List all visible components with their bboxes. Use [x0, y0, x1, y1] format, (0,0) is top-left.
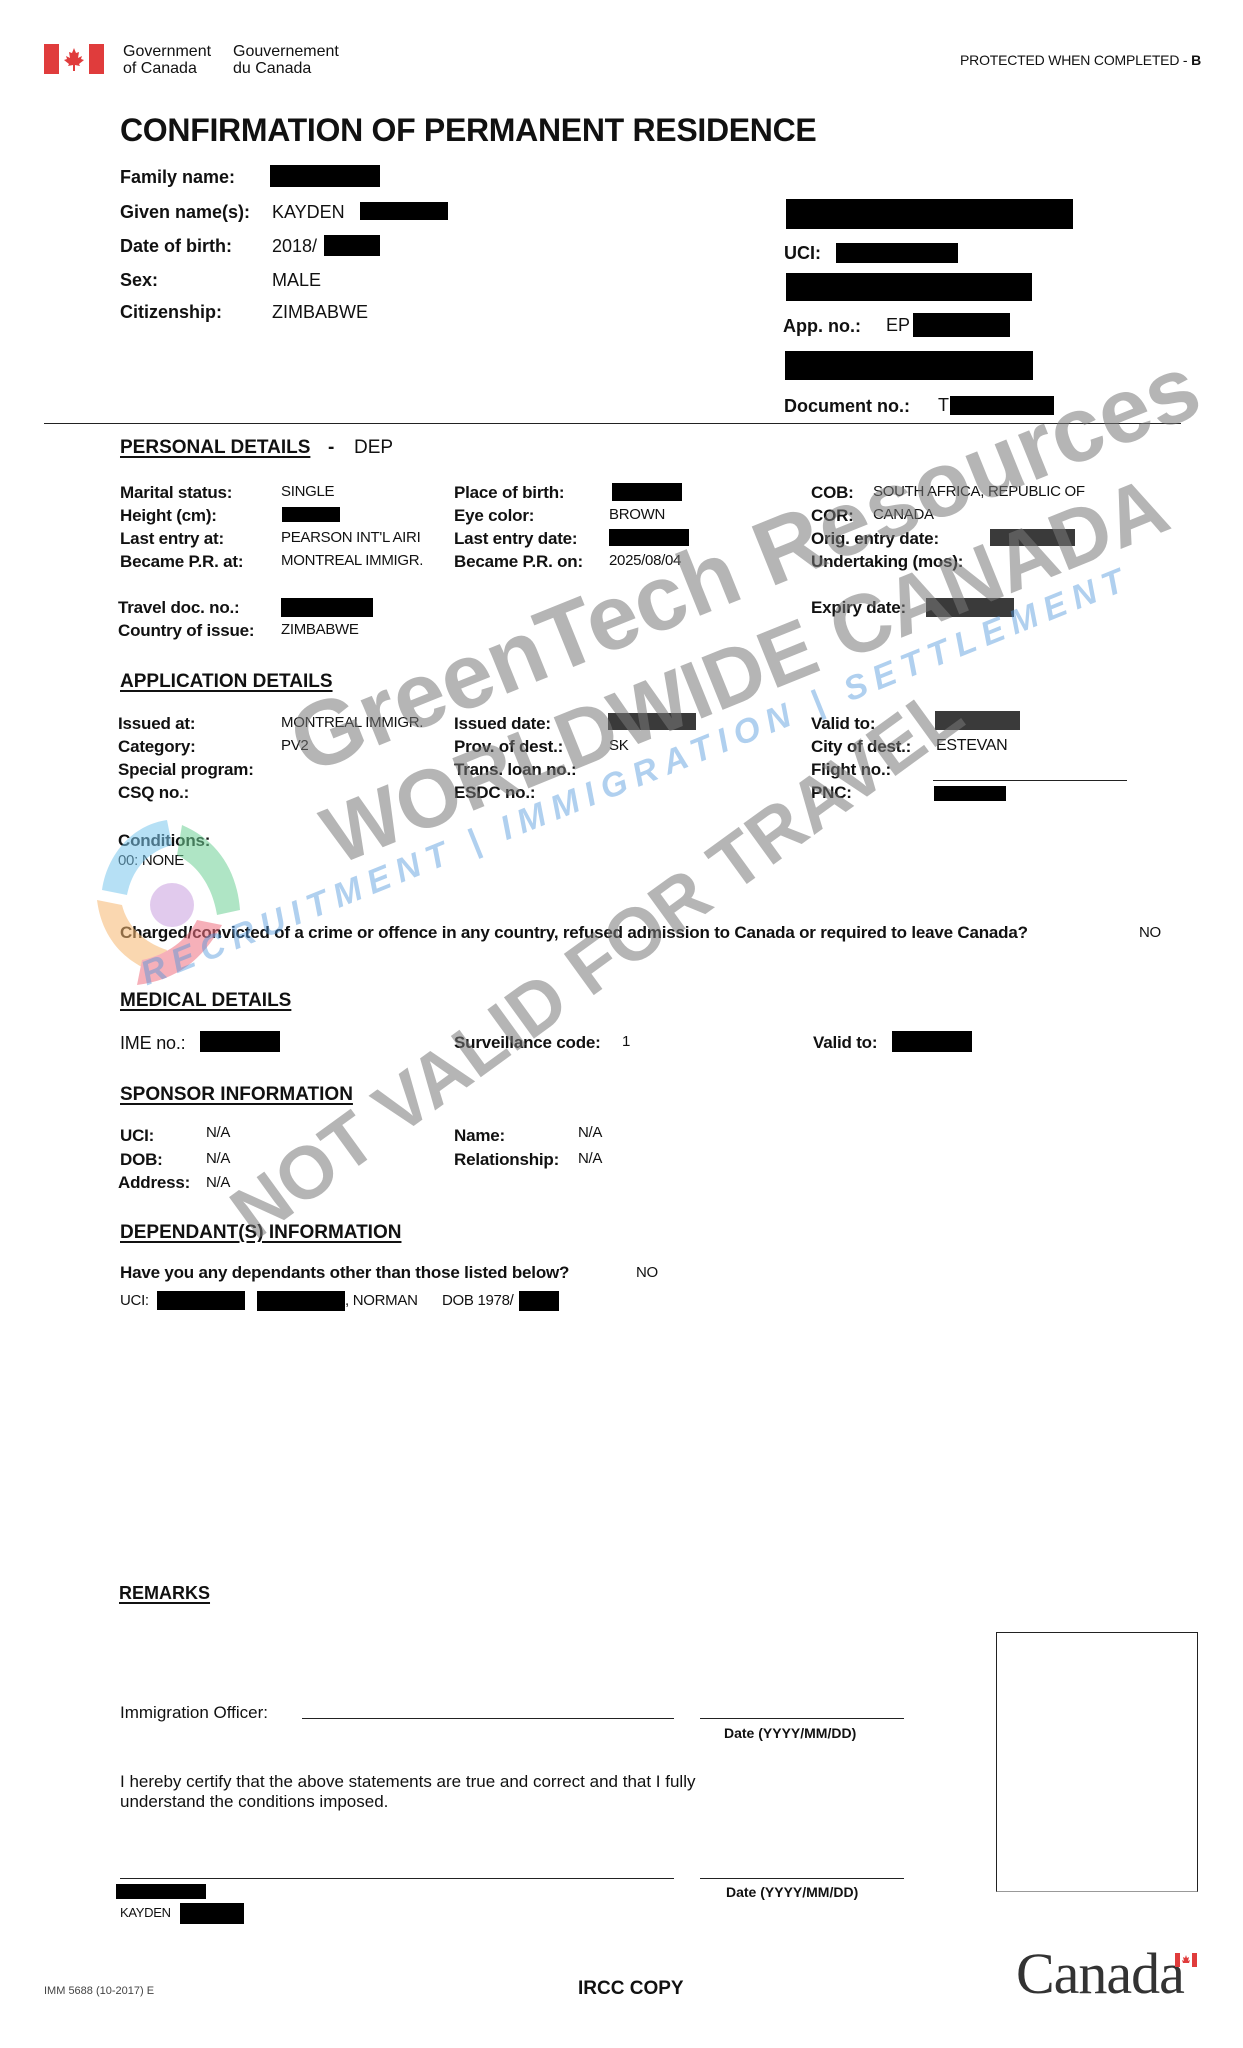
protected-notice: PROTECTED WHEN COMPLETED - B [960, 52, 1201, 68]
certify-statement: I hereby certify that the above statemen… [120, 1772, 695, 1812]
cor-value: CANADA [873, 506, 934, 523]
last-entry-at-label: Last entry at: [120, 529, 224, 549]
header-divider [44, 423, 1181, 424]
gov-en-line1: Government [123, 43, 211, 60]
canada-wordmark: Canada [1016, 1940, 1184, 2007]
signer-name-redaction [180, 1903, 244, 1924]
sponsor-name-value: N/A [578, 1124, 602, 1141]
officer-signature-line [302, 1718, 674, 1719]
travel-doc-redaction [281, 598, 373, 617]
citizenship-value: ZIMBABWE [272, 302, 368, 323]
issued-date-redaction [608, 713, 696, 730]
gov-en-line2: of Canada [123, 60, 211, 77]
country-of-issue-label: Country of issue: [118, 621, 254, 641]
csq-label: CSQ no.: [118, 783, 189, 803]
issued-date-label: Issued date: [454, 714, 551, 734]
expiry-date-redaction [926, 598, 1014, 617]
dependant-name: , NORMAN [345, 1292, 418, 1309]
issued-at-label: Issued at: [118, 714, 195, 734]
canada-flag-icon [44, 44, 104, 74]
header-redaction-2 [786, 273, 1032, 301]
form-code: IMM 5688 (10-2017) E [44, 1985, 154, 1997]
canada-wordmark-flag-icon [1175, 1953, 1197, 1967]
given-names-value: KAYDEN [272, 202, 345, 223]
eye-color-label: Eye color: [454, 506, 534, 526]
sponsor-address-label: Address: [118, 1173, 190, 1193]
pnc-redaction [934, 786, 1006, 801]
became-pr-on-value: 2025/08/04 [609, 552, 681, 569]
dob-redaction [324, 235, 380, 256]
family-name-label: Family name: [120, 167, 235, 188]
city-dest-label: City of dest.: [811, 737, 911, 757]
given-names-label: Given name(s): [120, 202, 250, 223]
cor-label: COR: [811, 506, 854, 526]
dependants-question: Have you any dependants other than those… [120, 1263, 569, 1283]
app-valid-to-redaction [935, 711, 1020, 730]
personal-details-heading: PERSONAL DETAILS [120, 437, 310, 459]
gov-fr-line1: Gouvernement [233, 43, 339, 60]
medical-details-heading: MEDICAL DETAILS [120, 990, 291, 1012]
marital-status-label: Marital status: [120, 483, 232, 503]
dependant-uci-label: UCI: [120, 1292, 149, 1309]
signature-redaction [116, 1884, 206, 1899]
certify-line-1: I hereby certify that the above statemen… [120, 1772, 695, 1792]
dependants-heading: DEPENDANT(S) INFORMATION [120, 1222, 401, 1244]
document-no-value: T [938, 395, 949, 416]
flight-label: Flight no.: [811, 760, 891, 780]
charged-question: Charged/convicted of a crime or offence … [120, 923, 1028, 943]
travel-doc-label: Travel doc. no.: [118, 598, 240, 618]
medical-valid-to-label: Valid to: [813, 1033, 877, 1053]
sex-value: MALE [272, 270, 321, 291]
dependant-dob: DOB 1978/ [442, 1292, 514, 1309]
city-dest-value: ESTEVAN [936, 737, 1007, 755]
category-label: Category: [118, 737, 196, 757]
officer-date-label: Date (YYYY/MM/DD) [724, 1725, 856, 1741]
certify-line-2: understand the conditions imposed. [120, 1792, 695, 1812]
dependant-surname-redaction [257, 1291, 345, 1311]
became-pr-on-label: Became P.R. on: [454, 552, 583, 572]
recruitment-logo-watermark [72, 800, 272, 1000]
applicant-signature-line [120, 1878, 674, 1879]
conditions-label: Conditions: [118, 831, 210, 851]
sponsor-address-value: N/A [206, 1174, 230, 1191]
applicant-date-label: Date (YYYY/MM/DD) [726, 1884, 858, 1900]
esdc-label: ESDC no.: [454, 783, 535, 803]
ime-label: IME no.: [120, 1033, 185, 1054]
gov-fr-line2: du Canada [233, 60, 339, 77]
sponsor-uci-value: N/A [206, 1124, 230, 1141]
category-value: PV2 [281, 737, 308, 754]
sponsor-uci-label: UCI: [120, 1126, 154, 1146]
surveillance-label: Surveillance code: [454, 1033, 601, 1053]
cob-label: COB: [811, 483, 854, 503]
expiry-date-label: Expiry date: [811, 598, 906, 618]
last-entry-date-redaction [609, 529, 689, 546]
protected-level: B [1191, 52, 1201, 68]
last-entry-date-label: Last entry date: [454, 529, 577, 549]
sex-label: Sex: [120, 270, 158, 291]
issued-at-value: MONTREAL IMMIGR. [281, 714, 438, 731]
conditions-value: 00: NONE [118, 852, 184, 869]
special-program-label: Special program: [118, 760, 254, 780]
applicant-date-line [700, 1878, 904, 1879]
cob-value: SOUTH AFRICA, REPUBLIC OF [873, 483, 1085, 500]
medical-valid-to-redaction [892, 1031, 972, 1052]
trans-loan-label: Trans. loan no.: [454, 760, 576, 780]
app-no-value: EP [886, 315, 910, 336]
remarks-heading: REMARKS [119, 1583, 210, 1604]
personal-heading-dash: - [328, 437, 334, 459]
header-redaction-3 [785, 351, 1033, 380]
signer-name: KAYDEN [120, 1905, 171, 1920]
family-name-redaction [270, 165, 380, 187]
sponsor-name-label: Name: [454, 1126, 505, 1146]
header-redaction-1 [786, 199, 1073, 229]
app-no-label: App. no.: [783, 316, 861, 337]
dependant-uci-redaction [157, 1291, 245, 1310]
dependant-dob-redaction [519, 1291, 559, 1311]
photo-box [996, 1632, 1198, 1892]
became-pr-at-value: MONTREAL IMMIGR. [281, 552, 438, 569]
place-of-birth-redaction [612, 483, 682, 501]
citizenship-label: Citizenship: [120, 302, 222, 323]
surveillance-value: 1 [622, 1033, 630, 1050]
protected-text: PROTECTED WHEN COMPLETED - [960, 52, 1191, 68]
flight-no-line [933, 780, 1127, 781]
gov-fr-signature: Gouvernement du Canada [233, 43, 339, 77]
copy-label: IRCC COPY [578, 1978, 684, 2000]
gov-en-signature: Government of Canada [123, 43, 211, 77]
prov-dest-label: Prov. of dest.: [454, 737, 563, 757]
undertaking-label: Undertaking (mos): [811, 552, 963, 572]
orig-entry-date-label: Orig. entry date: [811, 529, 939, 549]
app-no-redaction [913, 313, 1010, 337]
person-type: DEP [354, 437, 393, 459]
document-no-label: Document no.: [784, 396, 910, 417]
charged-answer: NO [1139, 924, 1161, 941]
pnc-label: PNC: [811, 783, 852, 803]
prov-dest-value: SK [609, 737, 628, 754]
became-pr-at-label: Became P.R. at: [120, 552, 243, 572]
officer-label: Immigration Officer: [120, 1703, 268, 1723]
sponsor-relationship-label: Relationship: [454, 1150, 559, 1170]
eye-color-value: BROWN [609, 506, 665, 523]
dependants-answer: NO [636, 1264, 658, 1281]
sponsor-heading: SPONSOR INFORMATION [120, 1084, 353, 1106]
place-of-birth-label: Place of birth: [454, 483, 564, 503]
country-of-issue-value: ZIMBABWE [281, 621, 359, 638]
height-label: Height (cm): [120, 506, 217, 526]
officer-date-line [700, 1718, 904, 1719]
marital-status-value: SINGLE [281, 483, 334, 500]
ime-redaction [200, 1031, 280, 1052]
uci-label: UCI: [784, 243, 821, 264]
dob-label: Date of birth: [120, 236, 232, 257]
sponsor-dob-value: N/A [206, 1150, 230, 1167]
document-title: CONFIRMATION OF PERMANENT RESIDENCE [120, 112, 816, 149]
orig-entry-date-redaction [990, 529, 1075, 546]
given-names-redaction [360, 202, 448, 220]
height-redaction [282, 507, 340, 522]
application-details-heading: APPLICATION DETAILS [120, 671, 333, 693]
sponsor-relationship-value: N/A [578, 1150, 602, 1167]
document-no-redaction [950, 396, 1054, 415]
watermark-worldwide: WORLDWIDE CANADA [310, 459, 1181, 884]
uci-redaction [836, 243, 958, 263]
dob-value: 2018/ [272, 236, 317, 257]
sponsor-dob-label: DOB: [120, 1150, 163, 1170]
last-entry-at-value: PEARSON INT'L AIRI [281, 529, 438, 546]
app-valid-to-label: Valid to: [811, 714, 875, 734]
